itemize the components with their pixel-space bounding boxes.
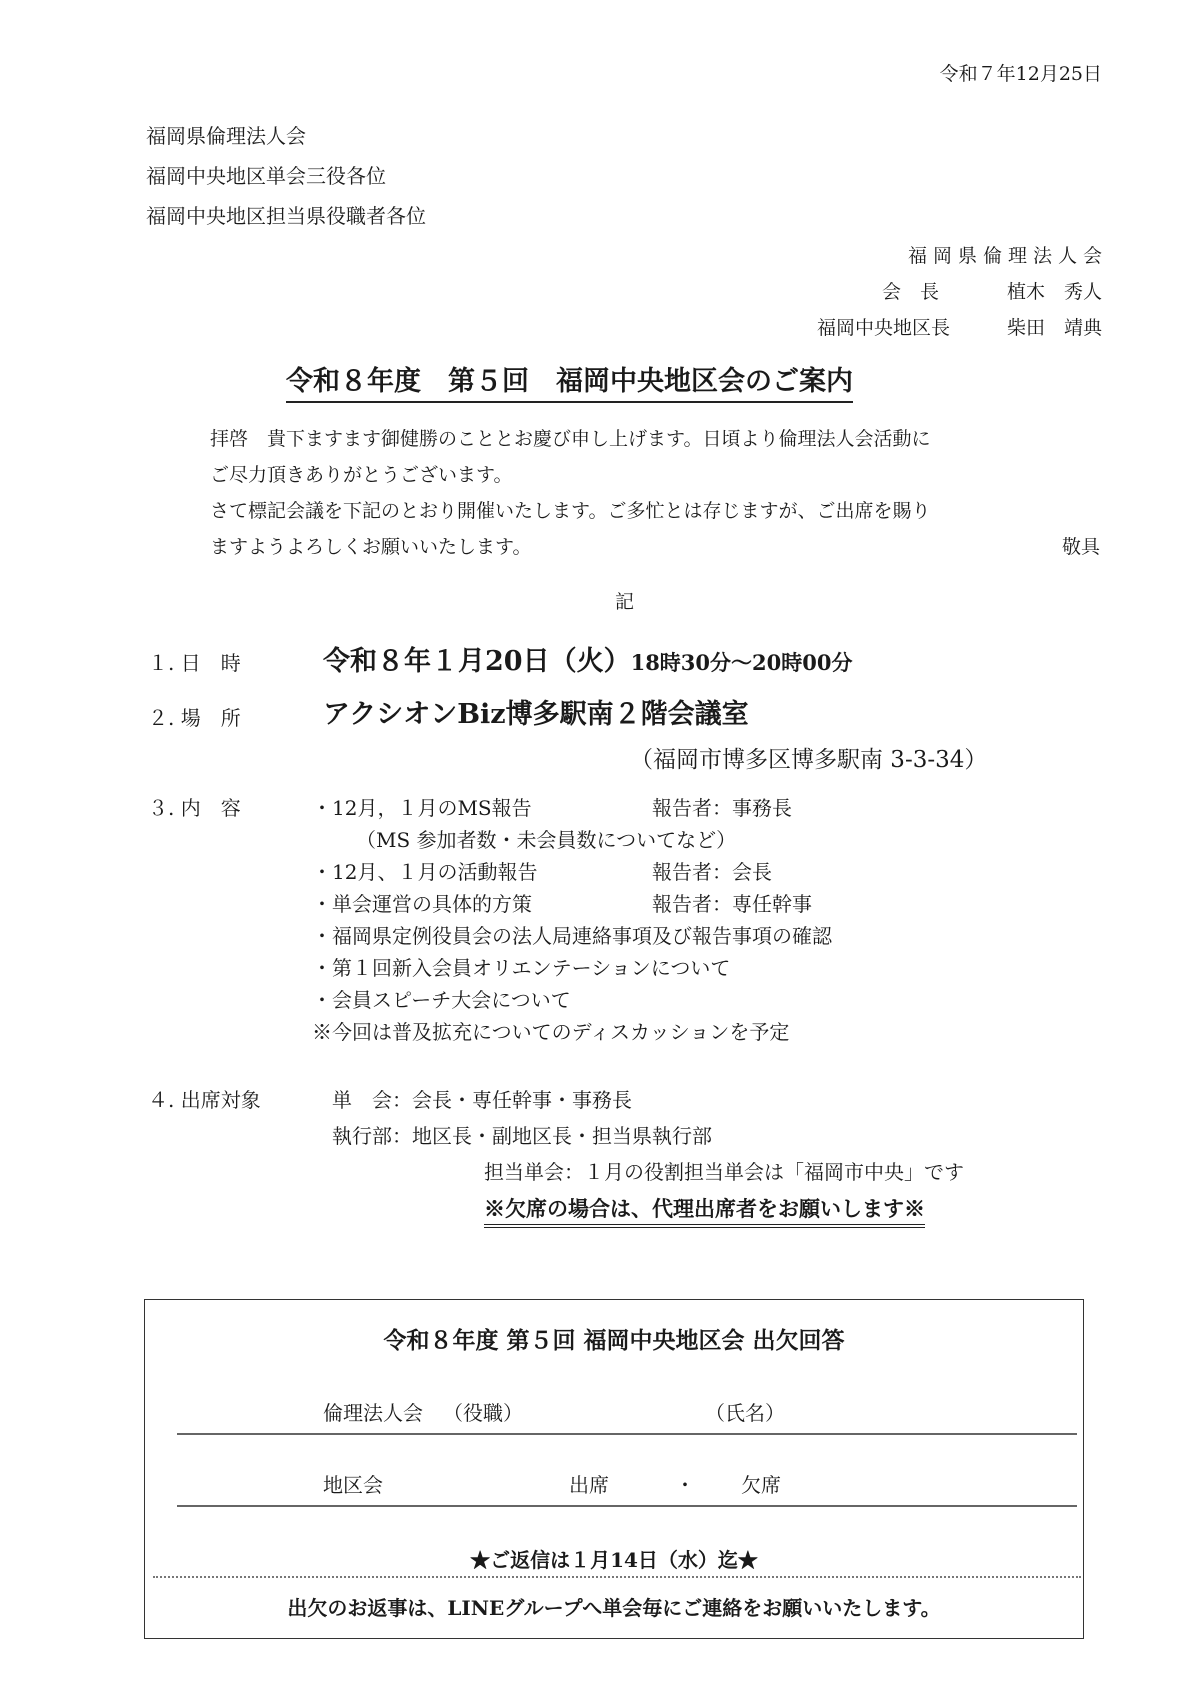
sender-district-name: 柴田 靖典 (1007, 316, 1102, 340)
reply-attend-option[interactable]: 出席 (569, 1473, 609, 1497)
content-note: ※今回は普及拡充についてのディスカッションを予定 (312, 1020, 789, 1044)
greeting-line-4: ますようよろしくお願いいたします。 (210, 535, 531, 559)
proxy-warning: ※欠席の場合は、代理出席者をお願いします※ (484, 1195, 925, 1228)
attendees-line-3: 担当単会：１月の役割担当単会は「福岡市中央」です (484, 1160, 964, 1184)
greeting-line-2: ご尽力頂きありがとうございます。 (210, 463, 512, 487)
reply-option-separator: ・ (675, 1473, 695, 1497)
attendees-label: ４. 出席対象 (148, 1088, 261, 1112)
content-line-6: ・第１回新入会員オリエンテーションについて (312, 956, 730, 980)
ki-marker: 記 (615, 590, 634, 614)
content-line-7: ・会員スピーチ大会について (312, 988, 571, 1012)
sender-president-title: 会 長 (882, 280, 939, 304)
place-name: アクシオンBiz博多駅南２階会議室 (323, 698, 749, 732)
reply-absent-option[interactable]: 欠席 (741, 1473, 781, 1497)
content-line-5: ・福岡県定例役員会の法人局連絡事項及び報告事項の確認 (312, 924, 832, 948)
reply-form-title: 令和８年度 第５回 福岡中央地区会 出欠回答 (145, 1326, 1083, 1356)
place-label: ２. 場 所 (148, 706, 241, 730)
content-line-3: ・12月、１月の活動報告 (312, 860, 537, 884)
attendees-line-2: 執行部：地区長・副地区長・担当県執行部 (332, 1124, 712, 1148)
greeting-closing: 敬具 (1062, 535, 1100, 559)
sender-district-title: 福岡中央地区長 (817, 316, 950, 340)
recipient-3: 福岡中央地区担当県役職者各位 (146, 204, 426, 228)
reply-form: 令和８年度 第５回 福岡中央地区会 出欠回答 倫理法人会 （役職） （氏名） 地… (144, 1299, 1084, 1639)
reply-line-note: 出欠のお返事は、LINEグループへ単会毎にご連絡をお願いいたします。 (145, 1595, 1083, 1621)
reply-row2-line (177, 1505, 1077, 1507)
sender-org: 福岡県倫理法人会 (908, 244, 1108, 268)
place-address: （福岡市博多区博多駅南 3-3-34） (630, 745, 987, 775)
dotted-divider (153, 1576, 1081, 1578)
sender-president-name: 植木 秀人 (1007, 280, 1102, 304)
reply-org-label: 倫理法人会 (323, 1401, 423, 1425)
content-line-4: ・単会運営の具体的方策 (312, 892, 532, 916)
content-line-2: （MS 参加者数・未会員数についてなど） (356, 828, 736, 852)
issue-date: 令和７年12月25日 (940, 62, 1102, 86)
page-title: 令和８年度 第５回 福岡中央地区会のご案内 (286, 365, 853, 403)
greeting-line-1: 拝啓 貴下ますます御健勝のこととお慶び申し上げます。日頃より倫理法人会活動に (210, 427, 930, 451)
reply-deadline: ★ご返信は１月14日（水）迄★ (145, 1547, 1083, 1573)
content-line-1: ・12月，１月のMS報告 (312, 796, 532, 820)
meeting-date: 令和８年１月20日（火） (323, 646, 631, 677)
reporter-1: 報告者：事務長 (652, 796, 792, 820)
greeting-line-3: さて標記会議を下記のとおり開催いたします。ご多忙とは存じますが、ご出席を賜り (210, 499, 930, 523)
reply-name-field[interactable]: （氏名） (705, 1401, 785, 1425)
reply-row1-line (177, 1433, 1077, 1435)
meeting-time: 18時30分～20時00分 (631, 650, 853, 675)
reporter-3: 報告者：専任幹事 (652, 892, 812, 916)
reply-district-label: 地区会 (323, 1473, 383, 1497)
reporter-2: 報告者：会長 (652, 860, 772, 884)
datetime-label: １. 日 時 (148, 651, 241, 675)
reply-position-field[interactable]: （役職） (443, 1401, 523, 1425)
recipient-1: 福岡県倫理法人会 (146, 124, 306, 148)
content-label: ３. 内 容 (148, 796, 241, 820)
recipient-2: 福岡中央地区単会三役各位 (146, 164, 386, 188)
attendees-line-1: 単 会：会長・専任幹事・事務長 (332, 1088, 632, 1112)
datetime-value: 令和８年１月20日（火）18時30分～20時00分 (323, 645, 852, 679)
